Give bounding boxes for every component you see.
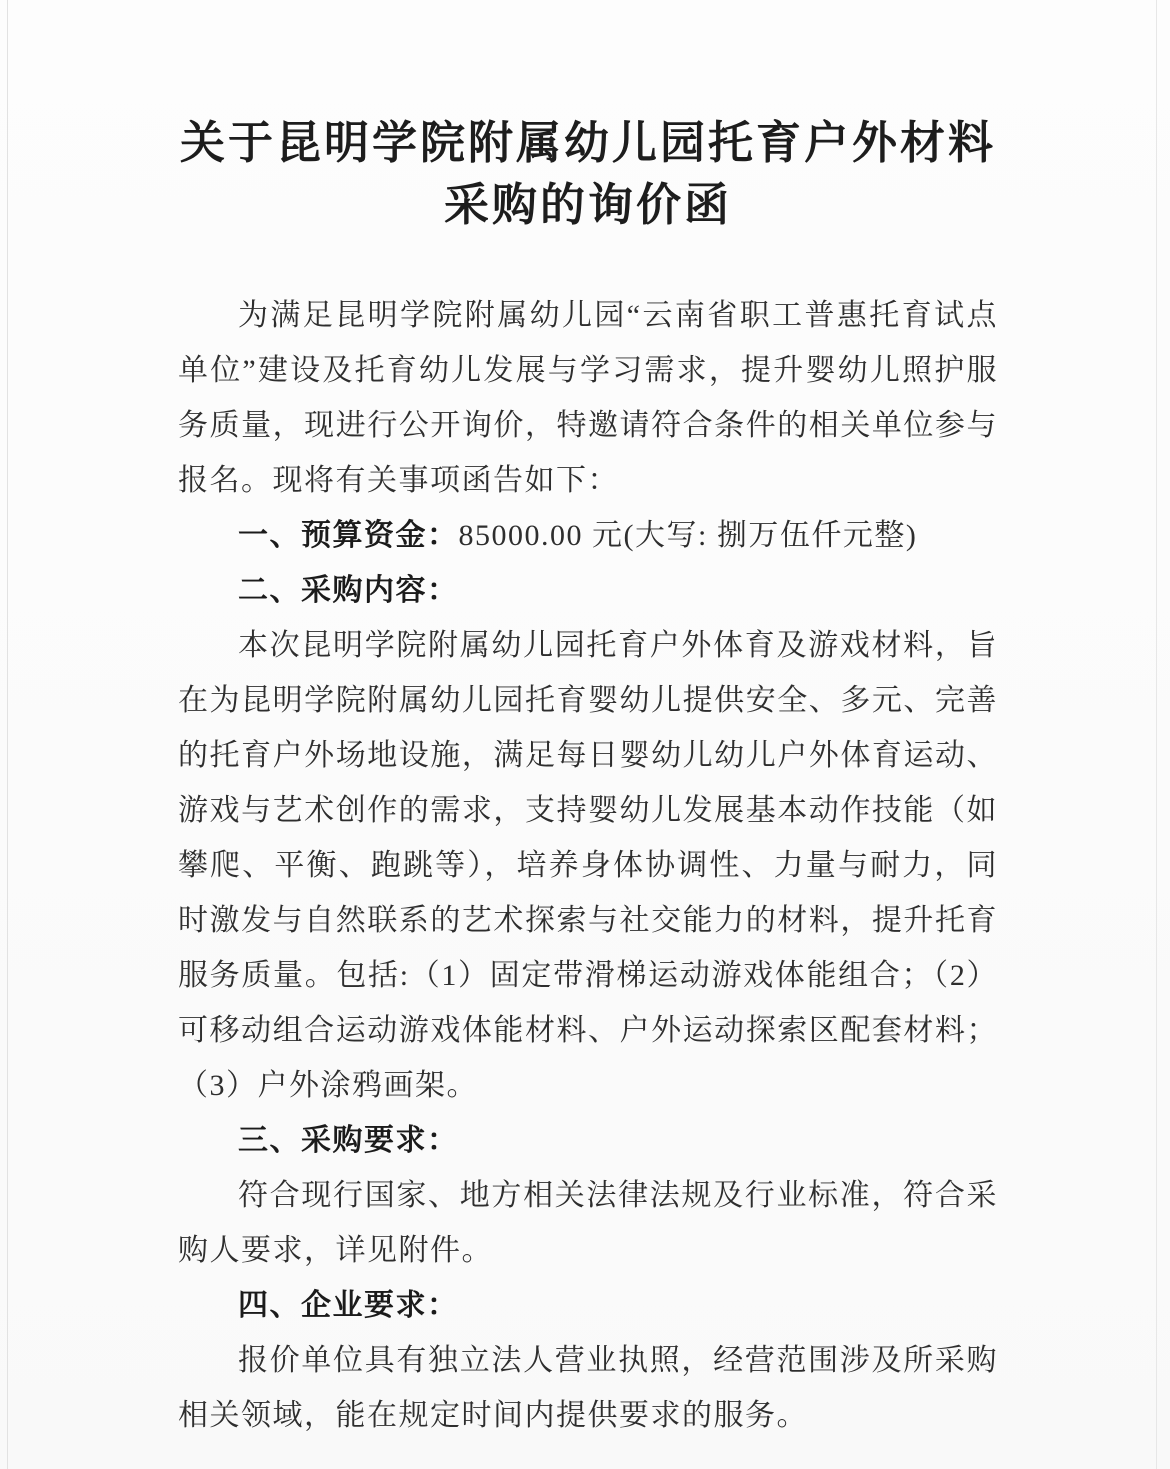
document-title: 关于昆明学院附属幼儿园托育户外材料 采购的询价函 <box>178 112 998 236</box>
intro-paragraph: 为满足昆明学院附属幼儿园“云南省职工普惠托育试点单位”建设及托育幼儿发展与学习需… <box>178 288 998 508</box>
section-requirements-heading: 三、采购要求： <box>238 1124 459 1157</box>
section-budget-heading: 一、预算资金： <box>238 519 459 552</box>
section-content-heading: 二、采购内容： <box>238 574 459 607</box>
section-content-heading-line: 二、采购内容： <box>178 563 998 618</box>
page-edge-left <box>7 0 8 1469</box>
section-content-body: 本次昆明学院附属幼儿园托育户外体育及游戏材料，旨在为昆明学院附属幼儿园托育婴幼儿… <box>178 618 998 1113</box>
section-requirements-body: 符合现行国家、地方相关法律法规及行业标准，符合采购人要求，详见附件。 <box>178 1168 998 1278</box>
document-page: 关于昆明学院附属幼儿园托育户外材料 采购的询价函 为满足昆明学院附属幼儿园“云南… <box>0 0 1170 1469</box>
document-title-line-1: 关于昆明学院附属幼儿园托育户外材料 <box>178 112 998 174</box>
budget-amount-value: 85000.00 元(大写: 捌万伍仟元整) <box>459 519 918 552</box>
document-content: 关于昆明学院附属幼儿园托育户外材料 采购的询价函 为满足昆明学院附属幼儿园“云南… <box>178 112 998 1443</box>
page-edge-right <box>1156 0 1157 1469</box>
section-budget-line: 一、预算资金：85000.00 元(大写: 捌万伍仟元整) <box>178 508 998 563</box>
section-enterprise-body: 报价单位具有独立法人营业执照，经营范围涉及所采购相关领域，能在规定时间内提供要求… <box>178 1333 998 1443</box>
document-title-line-2: 采购的询价函 <box>178 174 998 236</box>
section-enterprise-heading: 四、企业要求： <box>238 1289 459 1322</box>
section-requirements-heading-line: 三、采购要求： <box>178 1113 998 1168</box>
section-enterprise-heading-line: 四、企业要求： <box>178 1278 998 1333</box>
